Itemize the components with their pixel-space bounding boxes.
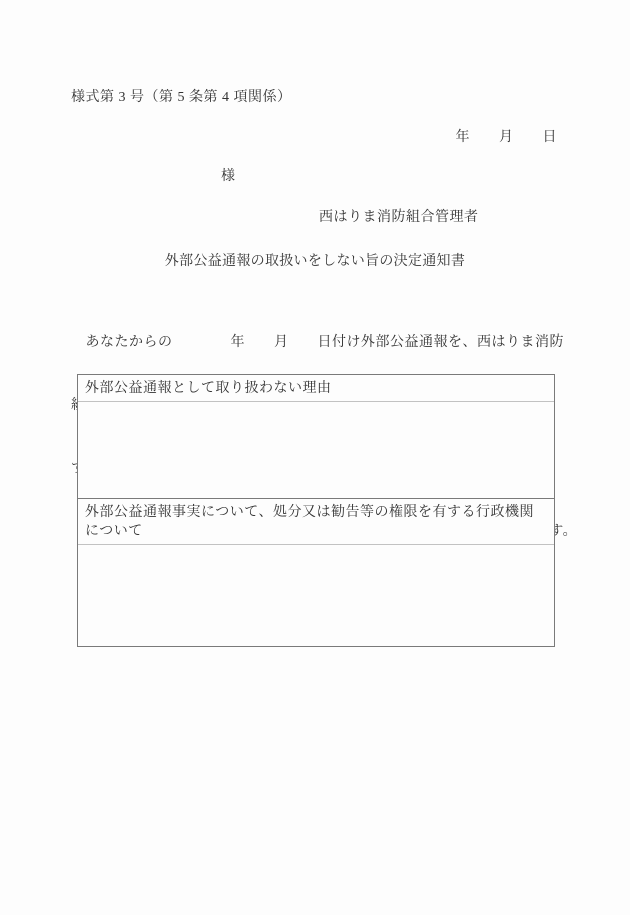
date-line: 年 月 日 bbox=[456, 126, 558, 146]
notice-table: 外部公益通報として取り扱わない理由 外部公益通報事実について、処分又は勧告等の権… bbox=[77, 374, 555, 647]
form-number: 様式第 3 号（第 5 条第 4 項関係） bbox=[71, 86, 292, 106]
issuer-name: 西はりま消防組合管理者 bbox=[319, 206, 479, 226]
body-line-1: あなたからの 年 月 日付け外部公益通報を、西はりま消防 bbox=[71, 332, 577, 353]
section-2-blank-area bbox=[78, 545, 554, 646]
section-1-blank-area bbox=[78, 402, 554, 499]
section-1-label: 外部公益通報として取り扱わない理由 bbox=[78, 375, 554, 402]
document-title: 外部公益通報の取扱いをしない旨の決定通知書 bbox=[0, 250, 630, 270]
recipient-honorific: 様 bbox=[221, 165, 235, 185]
section-2-label: 外部公益通報事実について、処分又は勧告等の権限を有する行政機関について bbox=[78, 499, 554, 545]
document-page: 様式第 3 号（第 5 条第 4 項関係） 年 月 日 様 西はりま消防組合管理… bbox=[0, 0, 630, 915]
